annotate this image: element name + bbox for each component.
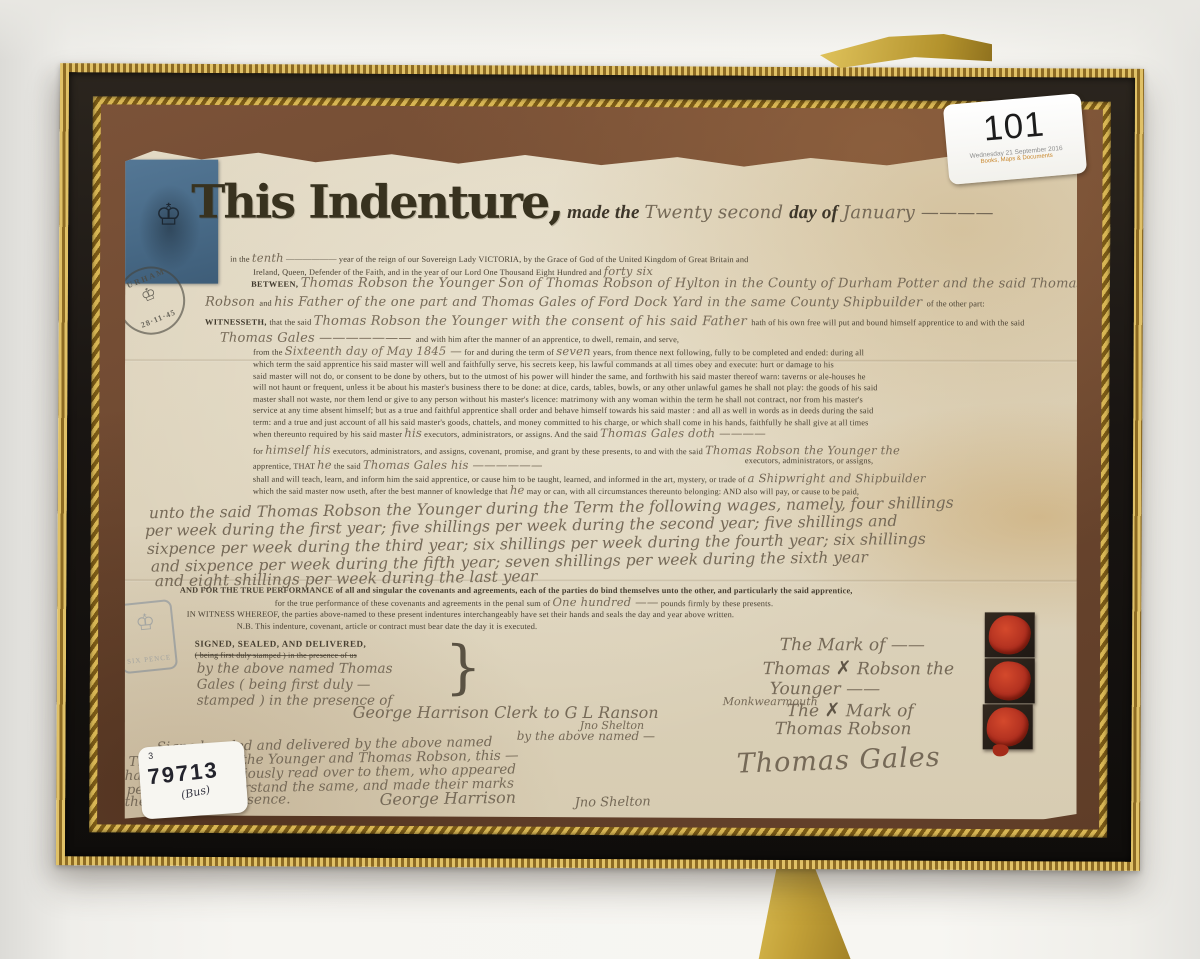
text-segment: tenth [252, 251, 284, 265]
text-segment: that the said [269, 318, 313, 327]
text-segment: his [404, 426, 422, 440]
stock-label-small-number: 3 [148, 751, 154, 761]
text-segment: shall and will teach, learn, and inform … [253, 475, 748, 484]
text-segment: January ———— [843, 202, 994, 223]
faint-embossed-stamp: ♔ SIX PENCE [115, 599, 178, 674]
doc-line: BETWEEN, Thomas Robson the Younger Son o… [251, 278, 1103, 291]
text-segment: Twenty second [645, 202, 790, 223]
stock-label: 3 79713 (Bus) [138, 740, 249, 819]
wax-seal [985, 612, 1035, 657]
ribbon-top [820, 34, 992, 68]
signed-struck: ( being first duly stamped ) in the pres… [195, 650, 357, 661]
text-segment: for the true performance of these covena… [275, 599, 553, 608]
text-segment: the said [332, 462, 363, 471]
text-segment: seven [556, 344, 590, 358]
backing-board: ♔ DURHAM ♔ 28·11·45 ♔ SIX PENCE This In [97, 104, 1103, 829]
x-mark: ✗ [836, 657, 852, 679]
wax-seal [983, 704, 1033, 749]
doc-line: IN WITNESS WHEREOF, the parties above-na… [187, 609, 734, 620]
text-segment: and with him after the manner of an appr… [416, 335, 679, 344]
text-segment: his Father of the one part and Thomas Ga… [274, 295, 927, 311]
text-segment: —————— year of the reign of our Sovereig… [284, 255, 749, 264]
text-segment: Sixteenth day of May 1845 — [285, 344, 462, 358]
doc-line: apprentice, THAT he the said Thomas Gale… [253, 460, 543, 472]
wax-blob [989, 661, 1031, 700]
doc-line: WITNESSETH, that the said Thomas Robson … [205, 316, 1025, 329]
signed-head: SIGNED, SEALED, AND DELIVERED, [195, 639, 367, 650]
mark-text: Robson the [857, 659, 954, 679]
text-segment: executors, administrators, and assigns, … [331, 447, 705, 456]
text-segment: Thomas Robson the Younger with the conse… [314, 314, 752, 329]
text-segment: pounds firmly by these presents. [659, 599, 774, 608]
text-segment: he [510, 483, 525, 497]
signed-script-line: Gales ( being first duly — [197, 677, 371, 693]
text-segment: BETWEEN, [251, 280, 301, 289]
text-segment: and [259, 299, 274, 308]
text-segment: This Indenture, [191, 175, 562, 229]
mark-line: The Mark of —— [780, 635, 925, 655]
stamp-crest-icon: ♔ [155, 198, 181, 238]
text-segment: Robson [205, 295, 259, 310]
mark-line: Younger —— [770, 679, 880, 699]
mark-line: Thomas Robson [775, 719, 912, 739]
mark-line: The ✗ Mark of [787, 699, 914, 721]
signed-script-line: by the above named Thomas [197, 661, 393, 677]
text-segment: himself his [265, 443, 330, 457]
doc-title-line: This Indenture, made the Twenty second d… [191, 197, 994, 222]
auction-lot-tag: 101 Wednesday 21 September 2016 Books, M… [943, 93, 1087, 185]
text-segment: Thomas Gales his —————— [363, 458, 543, 472]
text-segment: in the [230, 255, 252, 264]
wax-drip [993, 744, 1009, 756]
indenture-document: ♔ DURHAM ♔ 28·11·45 ♔ SIX PENCE This In [125, 147, 1078, 820]
text-segment: a Shipwright and Shipbuilder [748, 471, 926, 485]
text-segment: for [253, 447, 265, 456]
doc-line: from the Sixteenth day of May 1845 — for… [253, 346, 864, 359]
doc-line: executors, administrators, or assigns, [745, 455, 873, 466]
doc-line: term: and a true and just account of all… [253, 416, 869, 428]
text-segment: Thomas Robson the Younger Son of Thomas … [301, 276, 1088, 292]
ribbon-bottom [752, 856, 864, 959]
text-segment: made the [562, 202, 644, 223]
doc-line: master shall not waste, nor them lend or… [253, 393, 863, 405]
doc-line: said master will not do, or consent to b… [253, 370, 866, 382]
gales-signature: Thomas Gales [736, 742, 941, 780]
text-segment: One hundred —— [553, 595, 659, 609]
frame-inner-gold-edge: ♔ DURHAM ♔ 28·11·45 ♔ SIX PENCE This In [89, 96, 1111, 837]
text-segment: he [317, 458, 332, 472]
witness-signature: George Harrison [379, 788, 516, 809]
brace-glyph: } [445, 633, 482, 701]
text-segment: WITNESSETH, [205, 318, 269, 327]
doc-line: which term the said apprentice his said … [253, 359, 834, 371]
text-segment: years, from thence next following, fully… [591, 348, 864, 357]
witness-signature: Jno Shelton [575, 794, 651, 810]
doc-line: will not haunt or frequent, unless it be… [253, 382, 878, 394]
text-segment: of the one part: [1088, 280, 1103, 289]
doc-line: when thereunto required by his said mast… [253, 428, 766, 440]
photo-of-framed-indenture: ♔ DURHAM ♔ 28·11·45 ♔ SIX PENCE This In [0, 0, 1200, 959]
doc-line: for the true performance of these covena… [275, 597, 773, 609]
mark-line: Thomas ✗ Robson the [763, 657, 954, 679]
text-segment: hath of his own free will put and bound … [751, 318, 1024, 327]
text-segment: which the said master now useth, after t… [253, 487, 510, 496]
text-segment: Thomas Gales doth ———— [600, 426, 766, 440]
mark-text: Thomas [763, 659, 831, 679]
wax-blob [987, 707, 1029, 746]
doc-line: Robson and his Father of the one part an… [205, 297, 985, 310]
doc-line: in the tenth —————— year of the reign of… [230, 253, 748, 265]
text-segment: from the [253, 348, 285, 357]
text-segment: when thereunto required by his said mast… [253, 430, 404, 439]
doc-line: AND FOR THE TRUE PERFORMANCE of all and … [180, 585, 853, 597]
text-segment: day of [789, 202, 843, 223]
doc-line: N.B. This indenture, covenant, article o… [237, 621, 538, 632]
doc-line: service at any time absent himself; but … [253, 405, 874, 417]
text-segment: apprentice, THAT [253, 462, 317, 471]
text-segment: for and during the term of [462, 348, 556, 357]
text-segment: executors, administrators, or assigns. A… [422, 430, 600, 439]
doc-line: shall and will teach, learn, and inform … [253, 473, 926, 486]
stamp-value: SIX PENCE [123, 653, 176, 666]
x-mark: ✗ [824, 699, 840, 721]
wax-seal [985, 658, 1035, 703]
wax-blob [989, 615, 1031, 654]
signed-script-line: by the above named — [517, 729, 655, 743]
text-segment: of the other part: [927, 299, 985, 308]
crown-icon: ♔ [118, 607, 172, 638]
